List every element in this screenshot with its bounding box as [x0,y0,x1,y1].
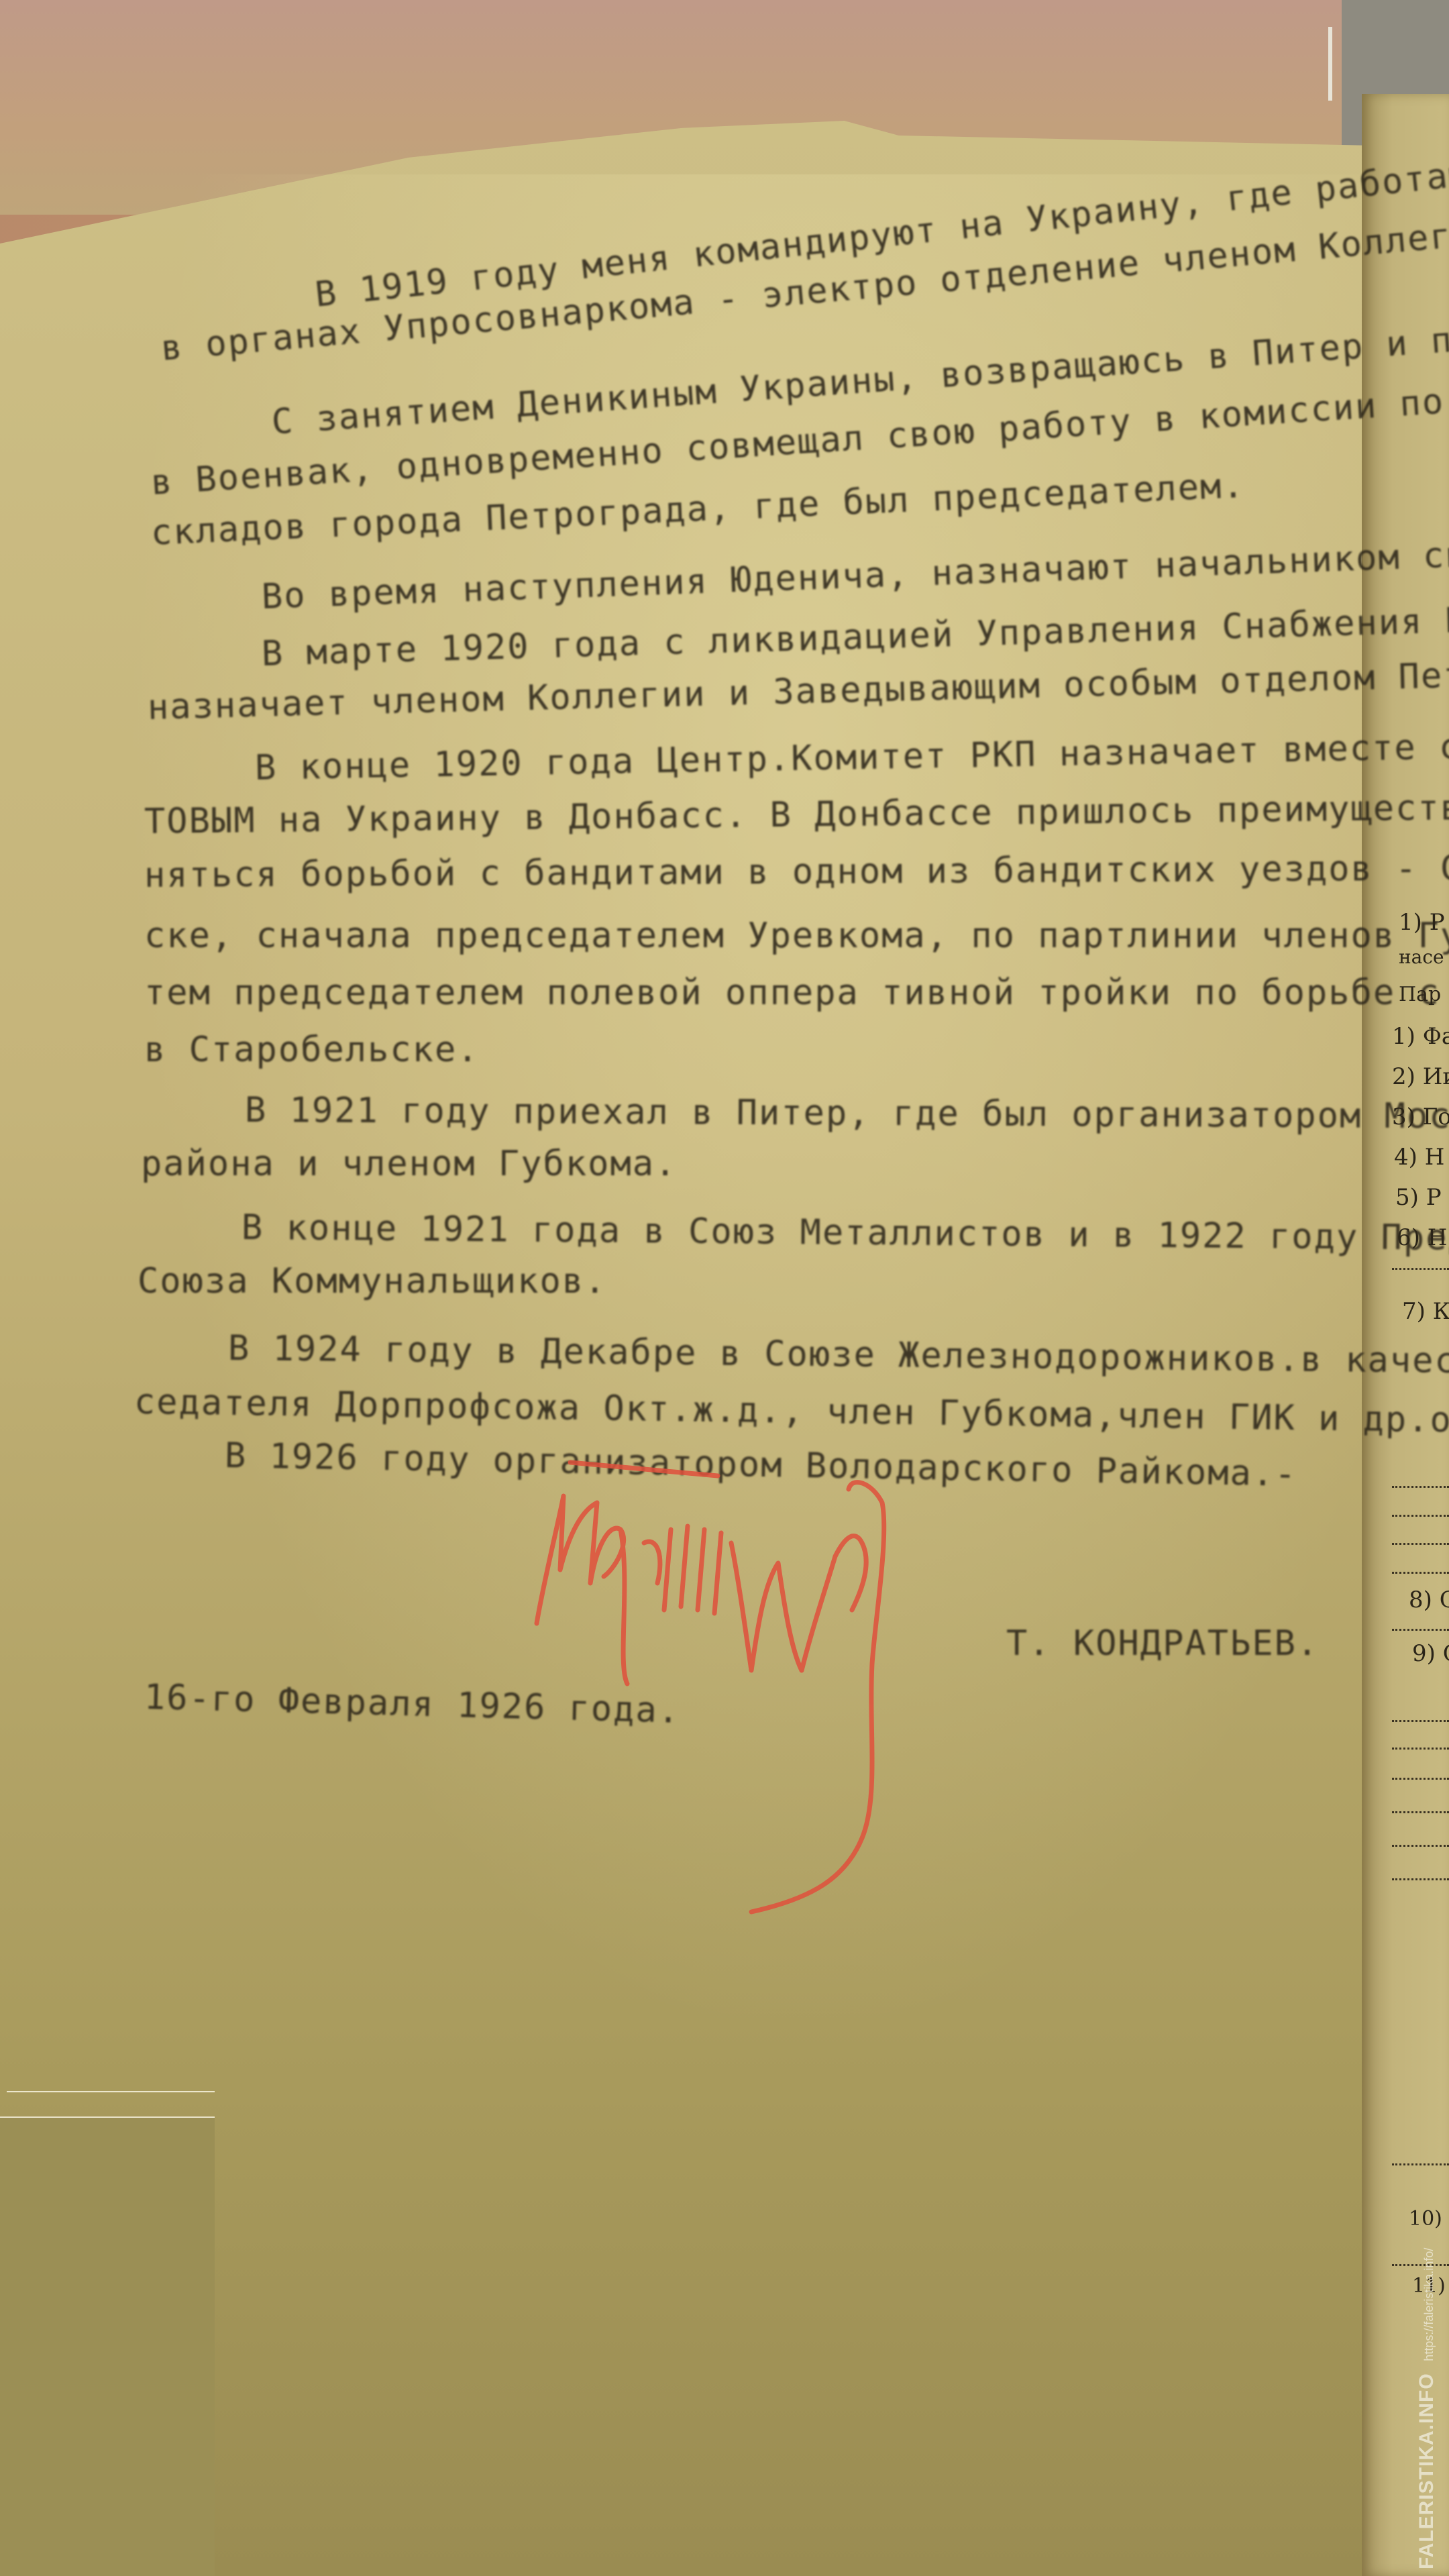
form-dotted-line [1392,1878,1449,1880]
form-dotted-line [1392,1486,1449,1488]
form-dotted-line [1392,1845,1449,1847]
form-dotted-line [1392,2163,1449,2165]
form-dotted-line [1392,1811,1449,1813]
form-dotted-line [1392,1629,1449,1631]
typed-line: ске, сначала председателем Уревкома, по … [144,916,1449,956]
signature-icon [496,1449,1006,1919]
watermark-url: https://faleristika.info/ [1422,2248,1436,2361]
form-item: 10) [1409,2207,1442,2231]
overlay-box [0,2116,215,2576]
typed-line: района и членом Губкома. [141,1144,677,1184]
watermark: FALERISTIKA.INFO https://faleristika.inf… [1415,2248,1438,2569]
form-dotted-line [1392,1748,1449,1750]
form-item: 1) Фа [1392,1023,1449,1050]
form-dotted-line [1392,1572,1449,1574]
form-item: 6) Н [1397,1224,1447,1251]
form-item: 1) Р [1399,909,1445,936]
overlay-line [7,2091,215,2092]
form-item: 8) С [1409,1587,1449,1613]
form-item: 3) Го [1392,1104,1449,1130]
form-dotted-line [1392,1778,1449,1780]
form-item: 5) Р [1395,1184,1442,1211]
staple [1328,27,1332,101]
form-dotted-line [1392,1268,1449,1270]
form-item: 2) Ии [1392,1063,1449,1090]
form-dotted-line [1392,1515,1449,1517]
form-item: 9) С [1412,1640,1449,1667]
watermark-text: FALERISTIKA.INFO [1415,2373,1438,2569]
form-item: 4) Н [1394,1144,1444,1171]
form-item: 7) К [1402,1298,1449,1325]
typed-line: В 1921 году приехал в Питер, где был орг… [245,1090,1449,1137]
form-dotted-line [1392,1543,1449,1545]
typed-line: Союза Коммунальщиков. [138,1261,606,1301]
form-dotted-line [1392,1720,1449,1722]
adjacent-form-page [1362,94,1449,2576]
typed-line: в Старобельске. [144,1030,480,1070]
typed-line: няться борьбой с бандитами в одном из ба… [144,848,1449,896]
signature-name: Т. КОНДРАТЬЕВ. [1006,1623,1319,1664]
form-item: Пар [1399,983,1441,1006]
form-item: насе [1399,946,1444,968]
typed-line: тем председателем полевой оппера тивной … [144,973,1449,1013]
